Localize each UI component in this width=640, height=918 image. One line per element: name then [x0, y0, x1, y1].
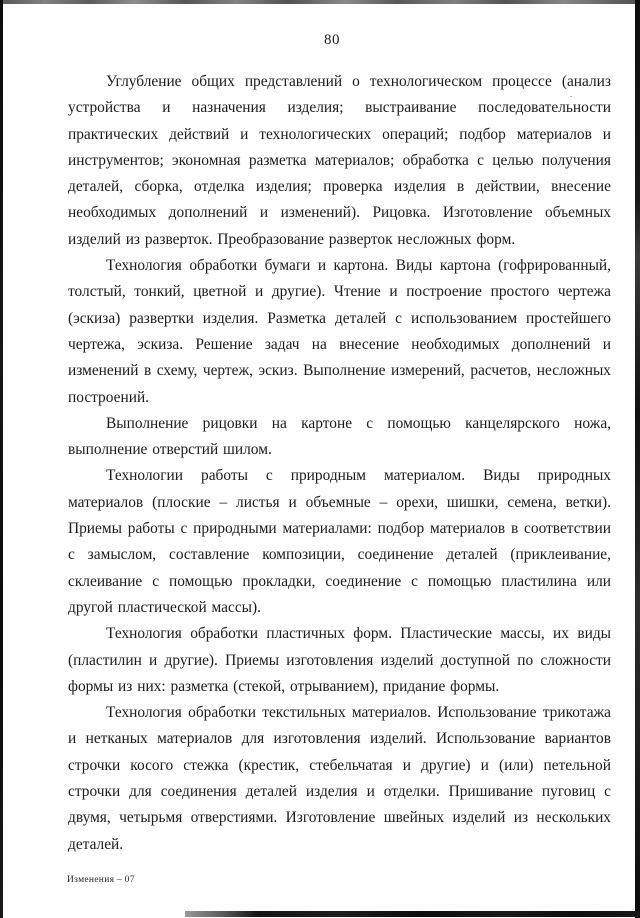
footer-revision-note: Изменения – 07	[67, 875, 135, 885]
paragraph: Углубление общих представлений о техноло…	[68, 69, 611, 253]
scanned-document-page: 80 Углубление общих представлений о техн…	[0, 0, 640, 918]
paragraph: Технология обработки бумаги и картона. В…	[68, 253, 611, 411]
scan-edge-bottom	[185, 911, 640, 917]
scan-edge-left	[0, 0, 3, 918]
paragraph: Технология обработки пластичных форм. Пл…	[68, 621, 611, 700]
paragraph: Технология обработки текстильных материа…	[68, 700, 611, 858]
page-number: 80	[68, 32, 596, 49]
scan-edge-top	[0, 0, 640, 4]
document-body: Углубление общих представлений о техноло…	[68, 69, 611, 858]
paragraph: Выполнение рицовки на картоне с помощью …	[68, 411, 611, 464]
scan-edge-right	[635, 0, 640, 918]
paragraph: Технологии работы с природным материалом…	[68, 463, 611, 621]
